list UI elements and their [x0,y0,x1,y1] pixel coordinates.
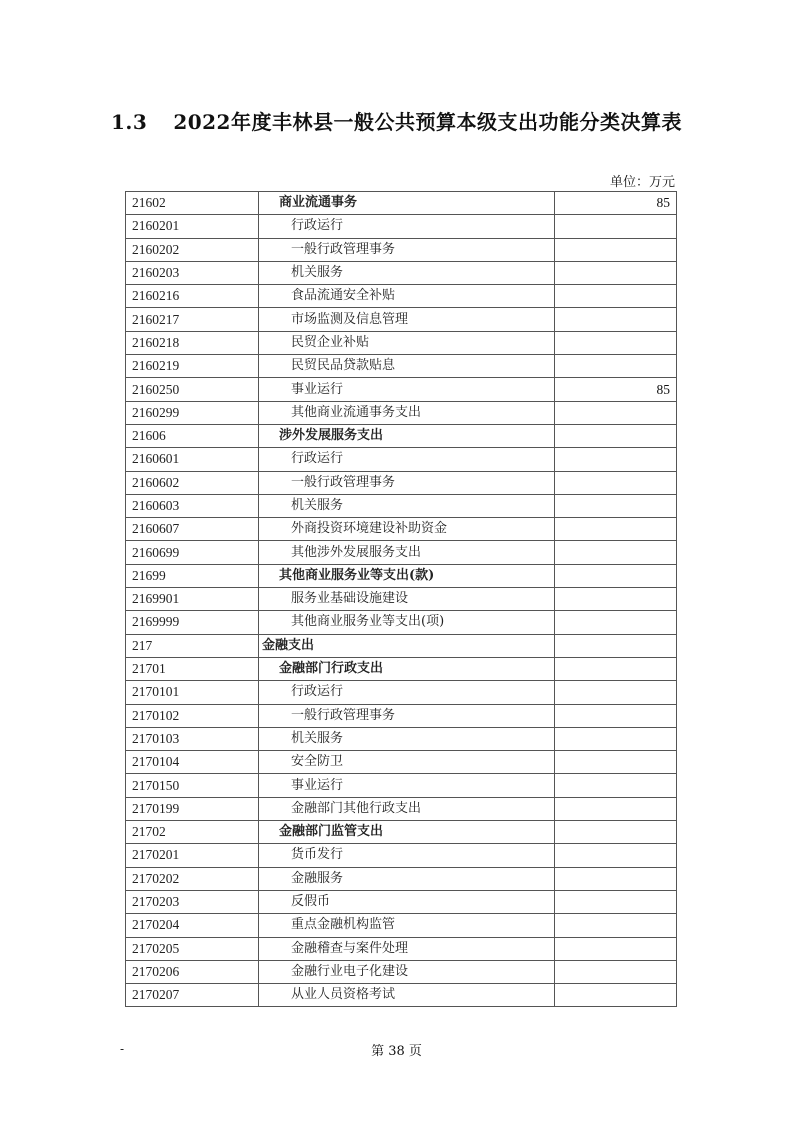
amount-cell [555,937,677,960]
subject-code-cell: 21699 [126,564,259,587]
amount-cell [555,867,677,890]
amount-cell [555,308,677,331]
table-row: 2160699其他涉外发展服务支出 [126,541,677,564]
subject-name-cell: 金融行业电子化建设 [259,960,555,983]
subject-name-cell: 行政运行 [259,215,555,238]
amount-cell [555,657,677,680]
subject-code-cell: 2169901 [126,588,259,611]
subject-name-cell: 机关服务 [259,494,555,517]
subject-name-cell: 一般行政管理事务 [259,704,555,727]
subject-code-cell: 2170207 [126,984,259,1007]
amount-cell [555,960,677,983]
table-row: 2160219民贸民品贷款贴息 [126,355,677,378]
subject-name-cell: 市场监测及信息管理 [259,308,555,331]
subject-code-cell: 2160699 [126,541,259,564]
unit-label: 单位：万元 [610,171,675,190]
table-row: 2170102一般行政管理事务 [126,704,677,727]
subject-name-cell: 机关服务 [259,261,555,284]
table-body: 21602商业流通事务852160201行政运行2160202一般行政管理事务2… [126,192,677,1007]
subject-code-cell: 2170202 [126,867,259,890]
amount-cell [555,541,677,564]
subject-name-cell: 食品流通安全补贴 [259,285,555,308]
amount-cell [555,821,677,844]
subject-code-cell: 2160203 [126,261,259,284]
page-title: 1.32022年度丰林县一般公共预算本级支出功能分类决算表 [0,106,793,135]
subject-name-cell: 金融支出 [259,634,555,657]
subject-name-cell: 服务业基础设施建设 [259,588,555,611]
subject-name-cell: 金融部门行政支出 [259,657,555,680]
subject-code-cell: 2170150 [126,774,259,797]
subject-code-cell: 2160602 [126,471,259,494]
section-number: 1.3 [111,110,147,134]
page-number: 第 38 页 [0,1040,793,1059]
subject-name-cell: 从业人员资格考试 [259,984,555,1007]
table-row: 2160217市场监测及信息管理 [126,308,677,331]
subject-code-cell: 2170204 [126,914,259,937]
table-row: 2170101行政运行 [126,681,677,704]
amount-cell [555,285,677,308]
amount-cell [555,424,677,447]
subject-name-cell: 反假币 [259,890,555,913]
subject-code-cell: 2160217 [126,308,259,331]
subject-code-cell: 2160202 [126,238,259,261]
subject-code-cell: 2170205 [126,937,259,960]
amount-cell [555,588,677,611]
subject-code-cell: 2160607 [126,518,259,541]
subject-code-cell: 217 [126,634,259,657]
table-row: 2170103机关服务 [126,727,677,750]
subject-code-cell: 2169999 [126,611,259,634]
table-row: 2170202金融服务 [126,867,677,890]
subject-name-cell: 一般行政管理事务 [259,238,555,261]
amount-cell [555,984,677,1007]
table-row: 2170201货币发行 [126,844,677,867]
amount-cell [555,471,677,494]
amount-cell [555,751,677,774]
subject-name-cell: 行政运行 [259,681,555,704]
table-row: 2160202一般行政管理事务 [126,238,677,261]
amount-cell [555,261,677,284]
table-row: 217金融支出 [126,634,677,657]
subject-name-cell: 其他商业流通事务支出 [259,401,555,424]
amount-cell [555,890,677,913]
subject-name-cell: 重点金融机构监管 [259,914,555,937]
table-row: 21606涉外发展服务支出 [126,424,677,447]
table-row: 2170205金融稽查与案件处理 [126,937,677,960]
subject-name-cell: 机关服务 [259,727,555,750]
subject-code-cell: 2170201 [126,844,259,867]
amount-cell [555,704,677,727]
subject-code-cell: 2170206 [126,960,259,983]
amount-cell [555,844,677,867]
amount-cell [555,914,677,937]
subject-code-cell: 21602 [126,192,259,215]
table-row: 2170204重点金融机构监管 [126,914,677,937]
amount-cell: 85 [555,192,677,215]
subject-name-cell: 金融稽查与案件处理 [259,937,555,960]
subject-code-cell: 21701 [126,657,259,680]
table-row: 2160601行政运行 [126,448,677,471]
subject-code-cell: 2160218 [126,331,259,354]
amount-cell [555,727,677,750]
table-row: 2160250事业运行85 [126,378,677,401]
subject-code-cell: 2160603 [126,494,259,517]
subject-code-cell: 21606 [126,424,259,447]
amount-cell [555,331,677,354]
subject-name-cell: 其他商业服务业等支出(项) [259,611,555,634]
table-row: 2160203机关服务 [126,261,677,284]
title-text: 2022年度丰林县一般公共预算本级支出功能分类决算表 [173,110,682,134]
subject-name-cell: 事业运行 [259,378,555,401]
table-row: 21701金融部门行政支出 [126,657,677,680]
subject-code-cell: 2170199 [126,797,259,820]
subject-name-cell: 其他涉外发展服务支出 [259,541,555,564]
table-row: 2160299其他商业流通事务支出 [126,401,677,424]
amount-cell [555,494,677,517]
table-row: 2160218民贸企业补贴 [126,331,677,354]
table-row: 2160607外商投资环境建设补助资金 [126,518,677,541]
table-row: 2170199金融部门其他行政支出 [126,797,677,820]
amount-cell [555,518,677,541]
subject-name-cell: 民贸民品贷款贴息 [259,355,555,378]
amount-cell: 85 [555,378,677,401]
amount-cell [555,238,677,261]
subject-code-cell: 2160219 [126,355,259,378]
amount-cell [555,215,677,238]
table-row: 2160603机关服务 [126,494,677,517]
table-row: 2160216食品流通安全补贴 [126,285,677,308]
subject-code-cell: 2170104 [126,751,259,774]
table-row: 21699其他商业服务业等支出(款) [126,564,677,587]
table-row: 2170150事业运行 [126,774,677,797]
amount-cell [555,634,677,657]
subject-name-cell: 民贸企业补贴 [259,331,555,354]
table-row: 2169999其他商业服务业等支出(项) [126,611,677,634]
subject-name-cell: 金融部门监管支出 [259,821,555,844]
amount-cell [555,564,677,587]
subject-code-cell: 2160250 [126,378,259,401]
subject-code-cell: 2160299 [126,401,259,424]
subject-code-cell: 2160216 [126,285,259,308]
table-row: 2170207从业人员资格考试 [126,984,677,1007]
subject-name-cell: 安全防卫 [259,751,555,774]
subject-name-cell: 外商投资环境建设补助资金 [259,518,555,541]
subject-name-cell: 事业运行 [259,774,555,797]
subject-code-cell: 2160601 [126,448,259,471]
table-row: 2160602一般行政管理事务 [126,471,677,494]
table-row: 2170206金融行业电子化建设 [126,960,677,983]
amount-cell [555,774,677,797]
subject-name-cell: 货币发行 [259,844,555,867]
subject-code-cell: 2160201 [126,215,259,238]
subject-code-cell: 2170103 [126,727,259,750]
expenditure-table: 21602商业流通事务852160201行政运行2160202一般行政管理事务2… [125,191,677,1007]
table-row: 2170203反假币 [126,890,677,913]
subject-name-cell: 涉外发展服务支出 [259,424,555,447]
table-row: 21702金融部门监管支出 [126,821,677,844]
amount-cell [555,797,677,820]
subject-name-cell: 金融部门其他行政支出 [259,797,555,820]
subject-name-cell: 商业流通事务 [259,192,555,215]
amount-cell [555,401,677,424]
subject-code-cell: 2170203 [126,890,259,913]
table-row: 2160201行政运行 [126,215,677,238]
table-row: 21602商业流通事务85 [126,192,677,215]
amount-cell [555,611,677,634]
subject-code-cell: 21702 [126,821,259,844]
subject-name-cell: 其他商业服务业等支出(款) [259,564,555,587]
amount-cell [555,681,677,704]
table-row: 2170104安全防卫 [126,751,677,774]
amount-cell [555,355,677,378]
subject-name-cell: 金融服务 [259,867,555,890]
amount-cell [555,448,677,471]
table-row: 2169901服务业基础设施建设 [126,588,677,611]
subject-code-cell: 2170102 [126,704,259,727]
subject-name-cell: 行政运行 [259,448,555,471]
subject-code-cell: 2170101 [126,681,259,704]
subject-name-cell: 一般行政管理事务 [259,471,555,494]
